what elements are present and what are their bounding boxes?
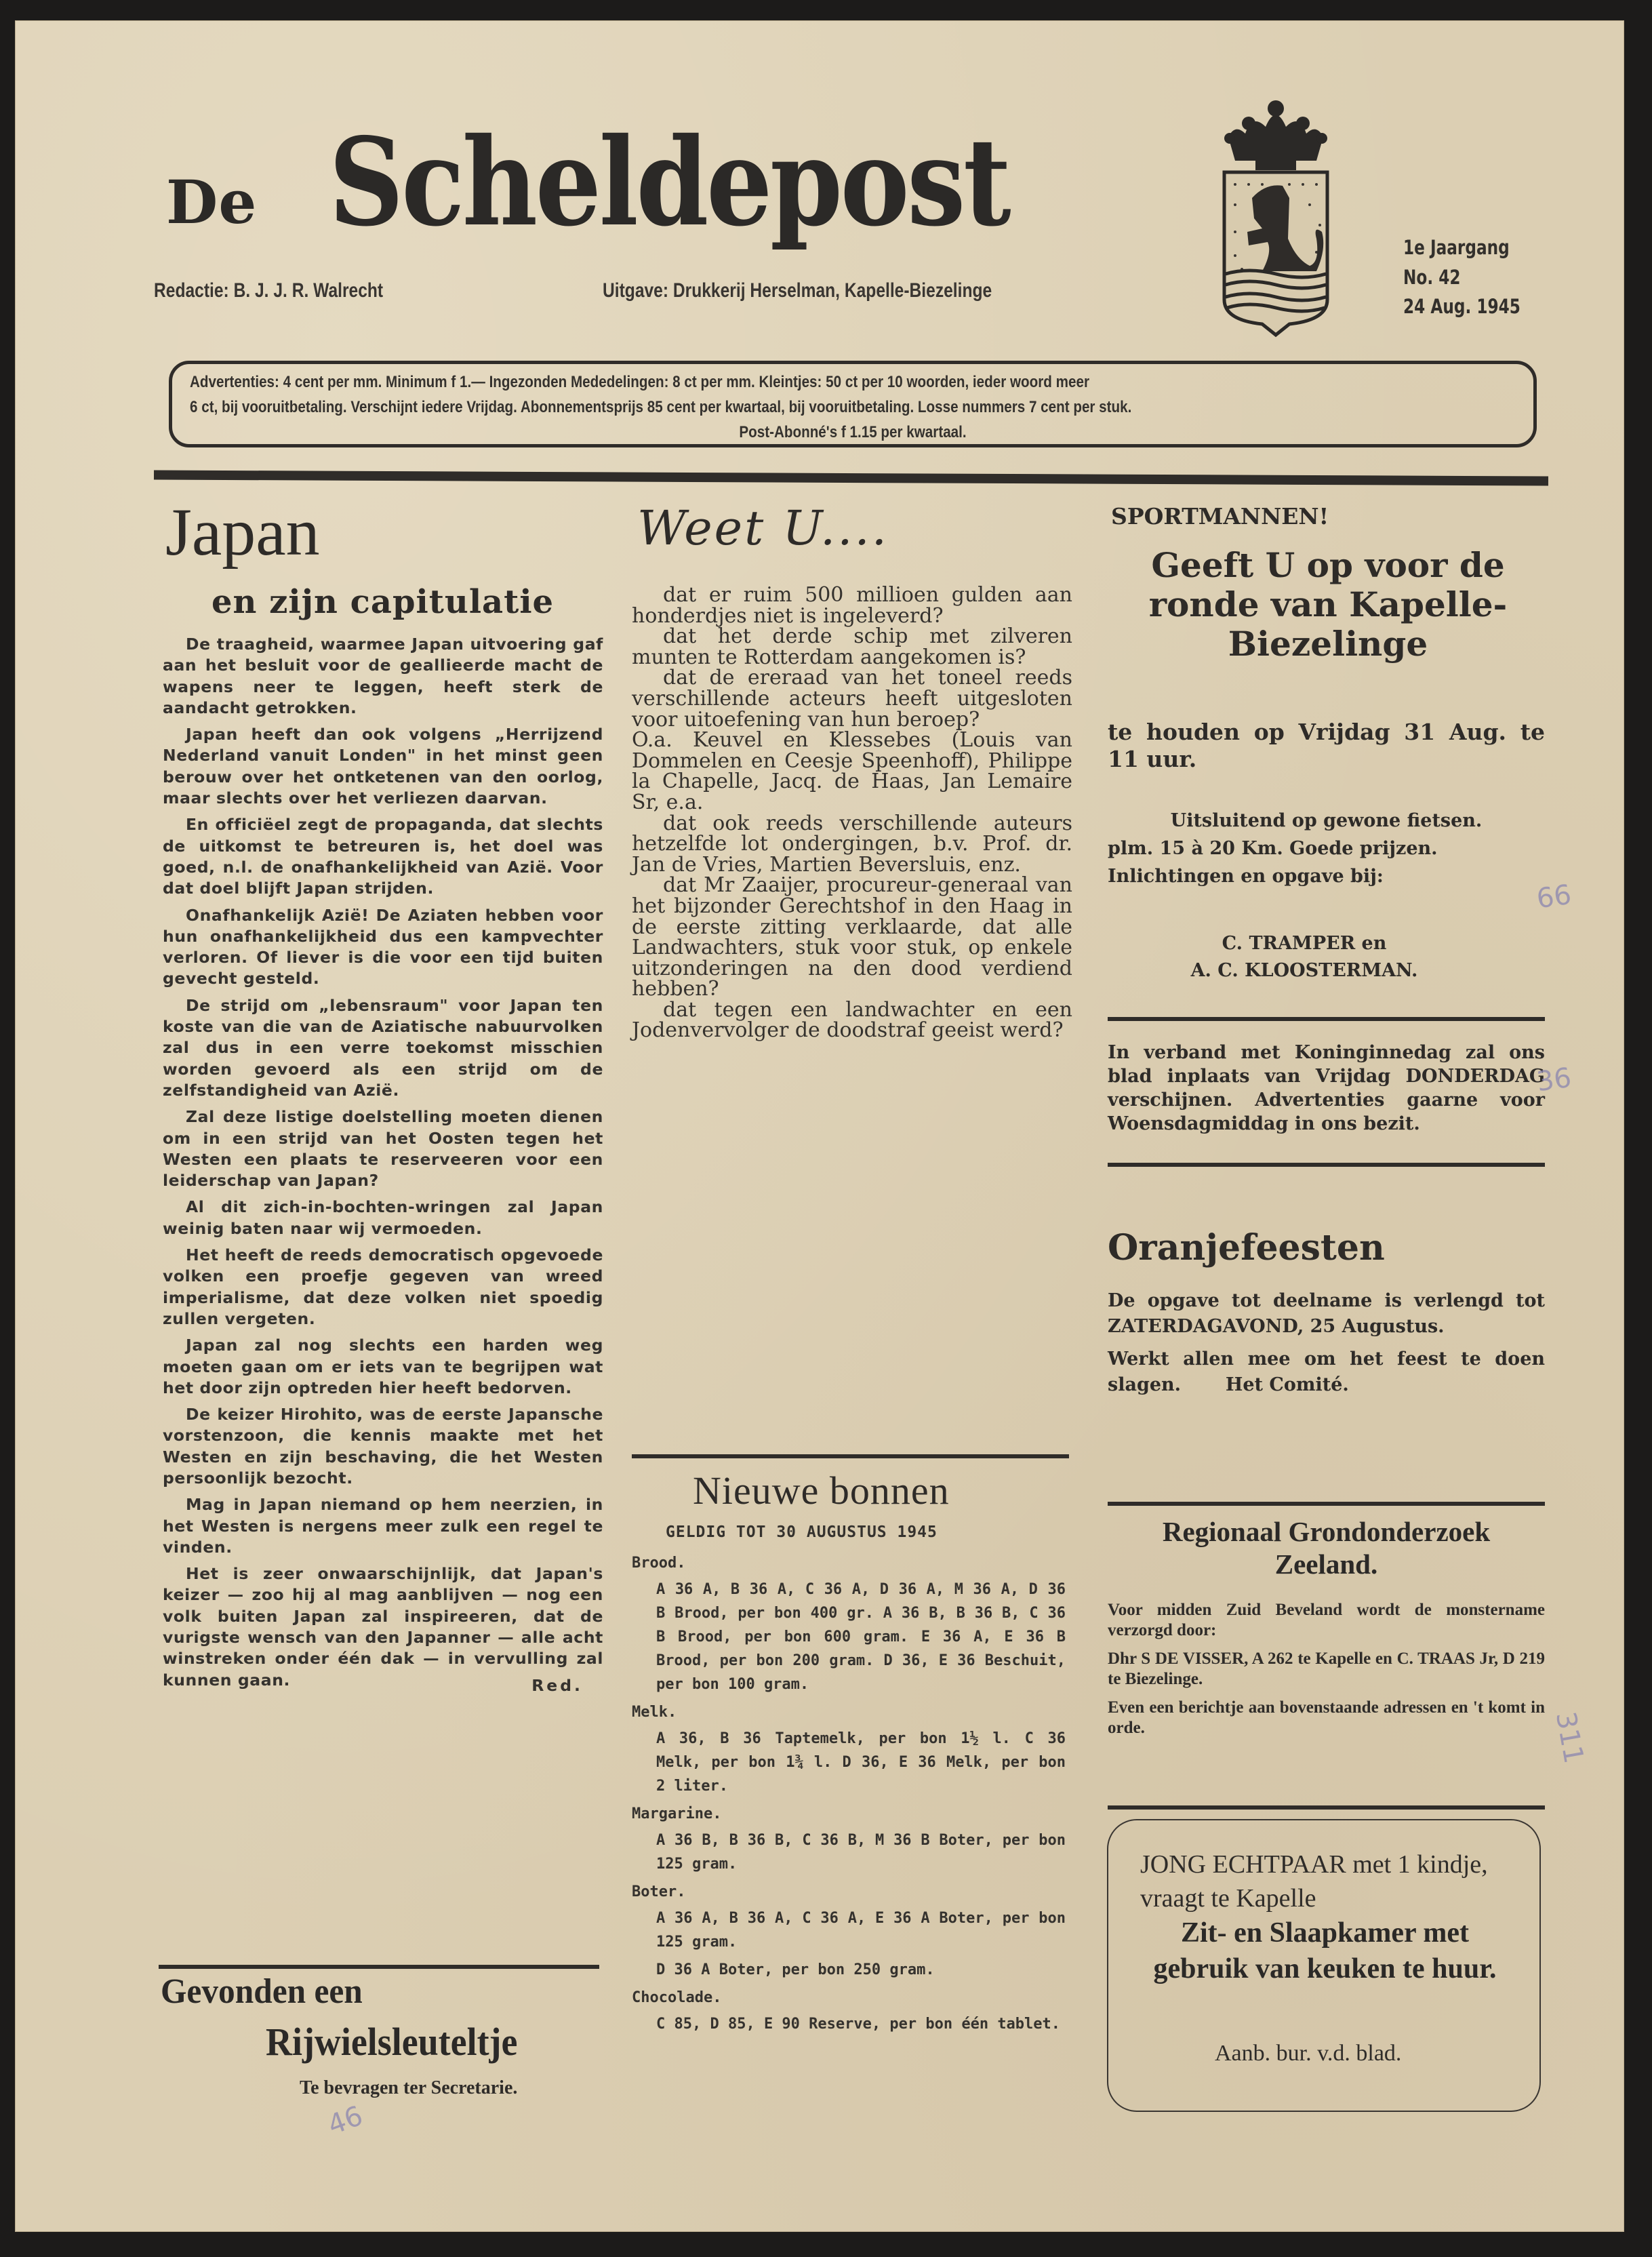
sport-details: Uitsluitend op gewone fietsen. plm. 15 à… xyxy=(1108,807,1545,890)
weet-u-item: dat Mr Zaaijer, procureur-generaal van h… xyxy=(632,875,1072,1000)
sport-when: te houden op Vrijdag 31 Aug. te 11 uur. xyxy=(1108,719,1545,773)
koninginnedag-notice: In verband met Koninginnedag zal ons bla… xyxy=(1108,1041,1545,1136)
article-paragraph: Japan zal nog slechts een harden weg moe… xyxy=(163,1335,603,1399)
sport-contact: A. C. KLOOSTERMAN. xyxy=(1108,957,1501,984)
bonnen-list: Brood. A 36 A, B 36 A, C 36 A, D 36 A, M… xyxy=(632,1547,1066,2040)
oranjefeesten-headline: Oranjefeesten xyxy=(1108,1227,1385,1269)
weet-u-headline: Weet U.... xyxy=(637,500,889,556)
bon-category: Margarine. xyxy=(632,1802,1066,1826)
classified-ad-footer: Aanb. bur. v.d. blad. xyxy=(1215,2041,1401,2066)
weet-u-item: dat de ereraad van het toneel reeds vers… xyxy=(632,668,1072,730)
article-paragraph: Zal deze listige doelstelling moeten die… xyxy=(163,1106,603,1191)
sport-contact: C. TRAMPER en xyxy=(1108,930,1501,957)
oranjefeesten-body: De opgave tot deelname is verlengd tot Z… xyxy=(1108,1288,1545,1405)
article-paragraph: Het is zeer onwaarschijnlijk, dat Japan'… xyxy=(163,1563,603,1691)
japan-subheadline: en zijn capitulatie xyxy=(211,583,554,621)
masthead-rule xyxy=(154,471,1548,486)
bon-category: Chocolade. xyxy=(632,1986,1066,2010)
info-line-3: Post-Abonné's f 1.15 per kwartaal. xyxy=(283,420,1423,445)
oranjefeesten-paragraph: Werkt allen mee om het feest te doen sla… xyxy=(1108,1346,1545,1398)
bonnen-valid-until: GELDIG TOT 30 AUGUSTUS 1945 xyxy=(666,1523,938,1541)
weet-u-item: O.a. Keuvel en Klessebes (Louis van Domm… xyxy=(632,730,1072,813)
bonnen-headline: Nieuwe bonnen xyxy=(693,1468,950,1513)
article-paragraph: De strijd om „lebensraum" voor Japan ten… xyxy=(163,995,603,1101)
grondonderzoek-headline: Regionaal Grondonderzoek Zeeland. xyxy=(1108,1515,1545,1580)
editor-credit: Redactie: B. J. J. R. Walrecht xyxy=(154,279,383,302)
grondonderzoek-body: Voor midden Zuid Beveland wordt de monst… xyxy=(1108,1600,1545,1746)
article-paragraph: Het heeft de reeds democratisch opgevoed… xyxy=(163,1245,603,1330)
info-line-1: Advertenties: 4 cent per mm. Minimum f 1… xyxy=(190,369,1330,395)
article-paragraph: Onafhankelijk Azië! De Aziaten hebben vo… xyxy=(163,905,603,990)
article-paragraph: Al dit zich-in-bochten-wringen zal Japan… xyxy=(163,1197,603,1239)
oranjefeesten-paragraph: De opgave tot deelname is verlengd tot Z… xyxy=(1108,1288,1545,1340)
found-notice-line-3: Te bevragen ter Secretarie. xyxy=(300,2077,517,2099)
bon-item: D 36 A Boter, per bon 250 gram. xyxy=(632,1958,1066,1982)
pencil-mark: 46 xyxy=(324,2100,367,2142)
masthead-title-prefix: De xyxy=(166,167,257,237)
masthead-title: Scheldepost xyxy=(329,122,1009,243)
section-divider xyxy=(1108,1163,1545,1167)
section-divider xyxy=(1108,1805,1545,1810)
classified-ad-intro: JONG ECHTPAAR met 1 kindje, vraagt te Ka… xyxy=(1140,1847,1520,1915)
article-paragraph: Japan heeft dan ook volgens „Herrijzend … xyxy=(163,724,603,809)
sport-line: Uitsluitend op gewone fietsen. xyxy=(1108,807,1545,835)
weet-u-item: dat ook reeds verschillende auteurs hetz… xyxy=(632,814,1072,876)
weet-u-item: dat het derde schip met zilveren munten … xyxy=(632,626,1072,668)
oranjefeesten-signature: Het Comité. xyxy=(1226,1374,1349,1395)
publisher-credit: Uitgave: Drukkerij Herselman, Kapelle-Bi… xyxy=(603,279,992,302)
article-paragraph: Mag in Japan niemand op hem neerzien, in… xyxy=(163,1494,603,1558)
bon-item: C 85, D 85, E 90 Reserve, per bon één ta… xyxy=(632,2012,1066,2036)
article-paragraph: De keizer Hirohito, was de eerste Japans… xyxy=(163,1404,603,1489)
sport-line: plm. 15 à 20 Km. Goede prijzen. xyxy=(1108,835,1545,862)
sport-line: Inlichtingen en opgave bij: xyxy=(1108,862,1545,890)
section-divider xyxy=(159,1965,599,1969)
issue-date: 24 Aug. 1945 xyxy=(1403,295,1520,318)
section-divider xyxy=(1108,1017,1545,1021)
article-paragraph: De traagheid, waarmee Japan uitvoering g… xyxy=(163,634,603,719)
bon-item: A 36, B 36 Taptemelk, per bon 1½ l. C 36… xyxy=(632,1727,1066,1798)
grondonderzoek-paragraph: Dhr S DE VISSER, A 262 te Kapelle en C. … xyxy=(1108,1649,1545,1690)
sport-contacts: C. TRAMPER en A. C. KLOOSTERMAN. xyxy=(1108,930,1501,984)
info-line-2: 6 ct, bij vooruitbetaling. Verschijnt ie… xyxy=(190,395,1330,420)
japan-article-body: De traagheid, waarmee Japan uitvoering g… xyxy=(163,634,603,1696)
section-divider xyxy=(1108,1502,1545,1506)
weet-u-item: dat er ruim 500 millioen gulden aan hond… xyxy=(632,585,1072,626)
bon-item: A 36 A, B 36 A, C 36 A, D 36 A, M 36 A, … xyxy=(632,1578,1066,1696)
subscription-info-box: Advertenties: 4 cent per mm. Minimum f 1… xyxy=(169,361,1537,447)
volume-label: 1e Jaargang xyxy=(1403,236,1510,259)
grondonderzoek-paragraph: Voor midden Zuid Beveland wordt de monst… xyxy=(1108,1600,1545,1641)
bon-category: Melk. xyxy=(632,1700,1066,1724)
newspaper-page: De Scheldepost Redactie: B. J. J. R. Wal… xyxy=(15,20,1624,2232)
sport-headline: Geeft U op voor de ronde van Kapelle-Bie… xyxy=(1108,546,1548,664)
bon-item: A 36 B, B 36 B, C 36 B, M 36 B Boter, pe… xyxy=(632,1829,1066,1876)
japan-headline: Japan xyxy=(165,498,320,566)
found-notice-line-2: Rijwielsleuteltje xyxy=(266,2019,517,2064)
weet-u-item: dat tegen een landwachter en een Jodenve… xyxy=(632,1000,1072,1041)
coat-of-arms-icon xyxy=(1215,96,1337,340)
pencil-mark: 66 xyxy=(1535,879,1573,915)
pencil-mark: 311 xyxy=(1550,1709,1590,1765)
weet-u-body: dat er ruim 500 millioen gulden aan hond… xyxy=(632,585,1072,1041)
found-notice-line-1: Gevonden een xyxy=(161,1972,363,2012)
pencil-mark: 36 xyxy=(1535,1062,1573,1098)
sport-kicker: SPORTMANNEN! xyxy=(1111,503,1329,530)
grondonderzoek-paragraph: Even een berichtje aan bovenstaande adre… xyxy=(1108,1698,1545,1738)
article-paragraph: En officiëel zegt de propaganda, dat sle… xyxy=(163,814,603,899)
bon-item: A 36 A, B 36 A, C 36 A, E 36 A Boter, pe… xyxy=(632,1906,1066,1954)
bon-category: Boter. xyxy=(632,1880,1066,1904)
bon-category: Brood. xyxy=(632,1551,1066,1575)
classified-ad-headline: Zit- en Slaapkamer met gebruik van keuke… xyxy=(1133,1915,1516,1987)
issue-number: No. 42 xyxy=(1403,266,1461,289)
section-divider xyxy=(632,1454,1069,1458)
